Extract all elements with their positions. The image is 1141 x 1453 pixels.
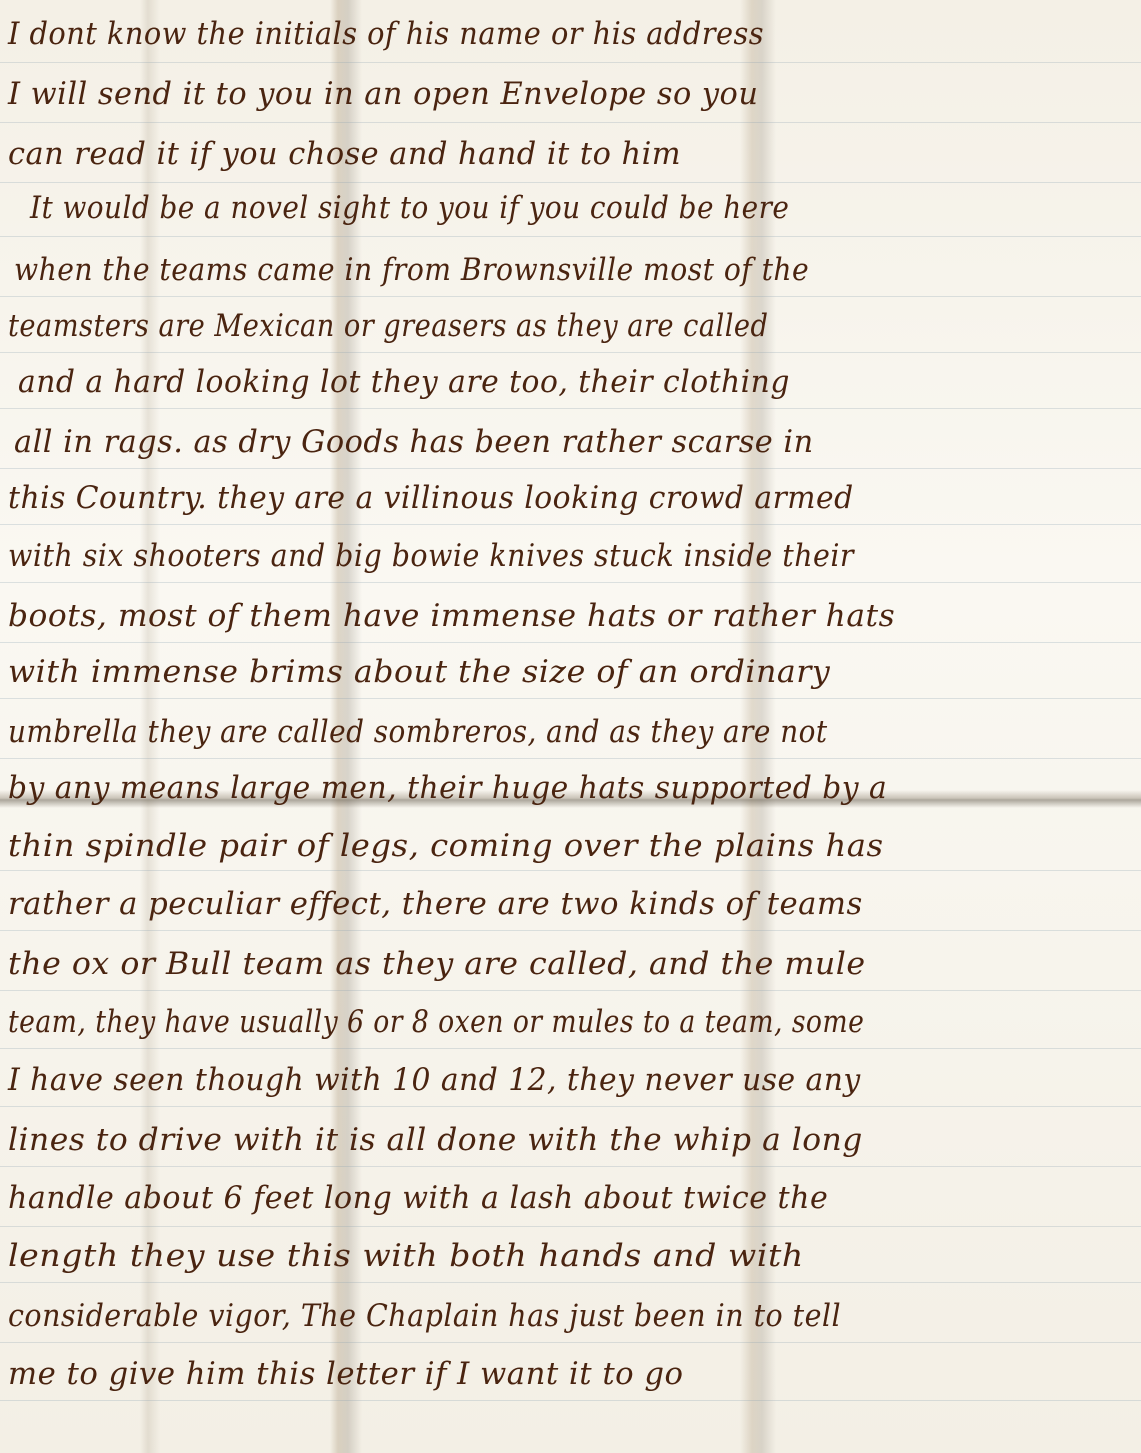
ruled-line (0, 236, 1141, 237)
ruled-line (0, 122, 1141, 123)
letter-line: by any means large men, their huge hats … (8, 768, 1083, 808)
ruled-line (0, 870, 1141, 871)
letter-line: this Country. they are a villinous looki… (8, 478, 1083, 518)
letter-line: all in rags. as dry Goods has been rathe… (14, 422, 1112, 462)
ruled-line (0, 1282, 1141, 1283)
ruled-line (0, 1106, 1141, 1107)
letter-line: boots, most of them have immense hats or… (8, 596, 1139, 636)
ruled-line (0, 352, 1141, 353)
ruled-line (0, 990, 1141, 991)
letter-line: I have seen though with 10 and 12, they … (8, 1060, 1083, 1100)
ruled-line (0, 524, 1141, 525)
letter-line: It would be a novel sight to you if you … (30, 188, 1038, 228)
letter-line: team, they have usually 6 or 8 oxen or m… (8, 1002, 971, 1042)
ruled-line (0, 468, 1141, 469)
letter-line: and a hard looking lot they are too, the… (18, 362, 1093, 402)
ruled-line (0, 930, 1141, 931)
letter-line: handle about 6 feet long with a lash abo… (8, 1178, 1094, 1218)
ruled-line (0, 1226, 1141, 1227)
letter-line: thin spindle pair of legs, coming over t… (8, 826, 1141, 866)
ruled-line (0, 582, 1141, 583)
ruled-line (0, 296, 1141, 297)
ruled-line (0, 1048, 1141, 1049)
letter-line: considerable vigor, The Chaplain has jus… (8, 1296, 1038, 1336)
letter-line: length they use this with both hands and… (8, 1236, 1141, 1276)
ruled-line (0, 408, 1141, 409)
letter-line: when the teams came in from Brownsville … (14, 250, 1033, 290)
letter-page: I dont know the initials of his name or … (0, 0, 1141, 1453)
ruled-line (0, 698, 1141, 699)
ruled-line (0, 758, 1141, 759)
ruled-line (0, 1400, 1141, 1401)
ruled-line (0, 642, 1141, 643)
letter-line: can read it if you chose and hand it to … (8, 134, 1106, 174)
ruled-line (0, 1166, 1141, 1167)
ruled-line (0, 62, 1141, 63)
letter-line: I dont know the initials of his name or … (8, 14, 1050, 54)
letter-line: lines to drive with it is all done with … (8, 1120, 1139, 1160)
ruled-line (0, 182, 1141, 183)
letter-line: with six shooters and big bowie knives s… (8, 536, 1038, 576)
letter-line: with immense brims about the size of an … (8, 652, 1141, 692)
letter-line: me to give him this letter if I want it … (8, 1354, 1117, 1394)
letter-line: the ox or Bull team as they are called, … (8, 944, 1141, 984)
letter-line: I will send it to you in an open Envelop… (8, 74, 1106, 114)
letter-line: umbrella they are called sombreros, and … (8, 712, 1016, 752)
ruled-line (0, 1342, 1141, 1343)
letter-line: teamsters are Mexican or greasers as the… (8, 306, 994, 346)
letter-line: rather a peculiar effect, there are two … (8, 884, 1117, 924)
